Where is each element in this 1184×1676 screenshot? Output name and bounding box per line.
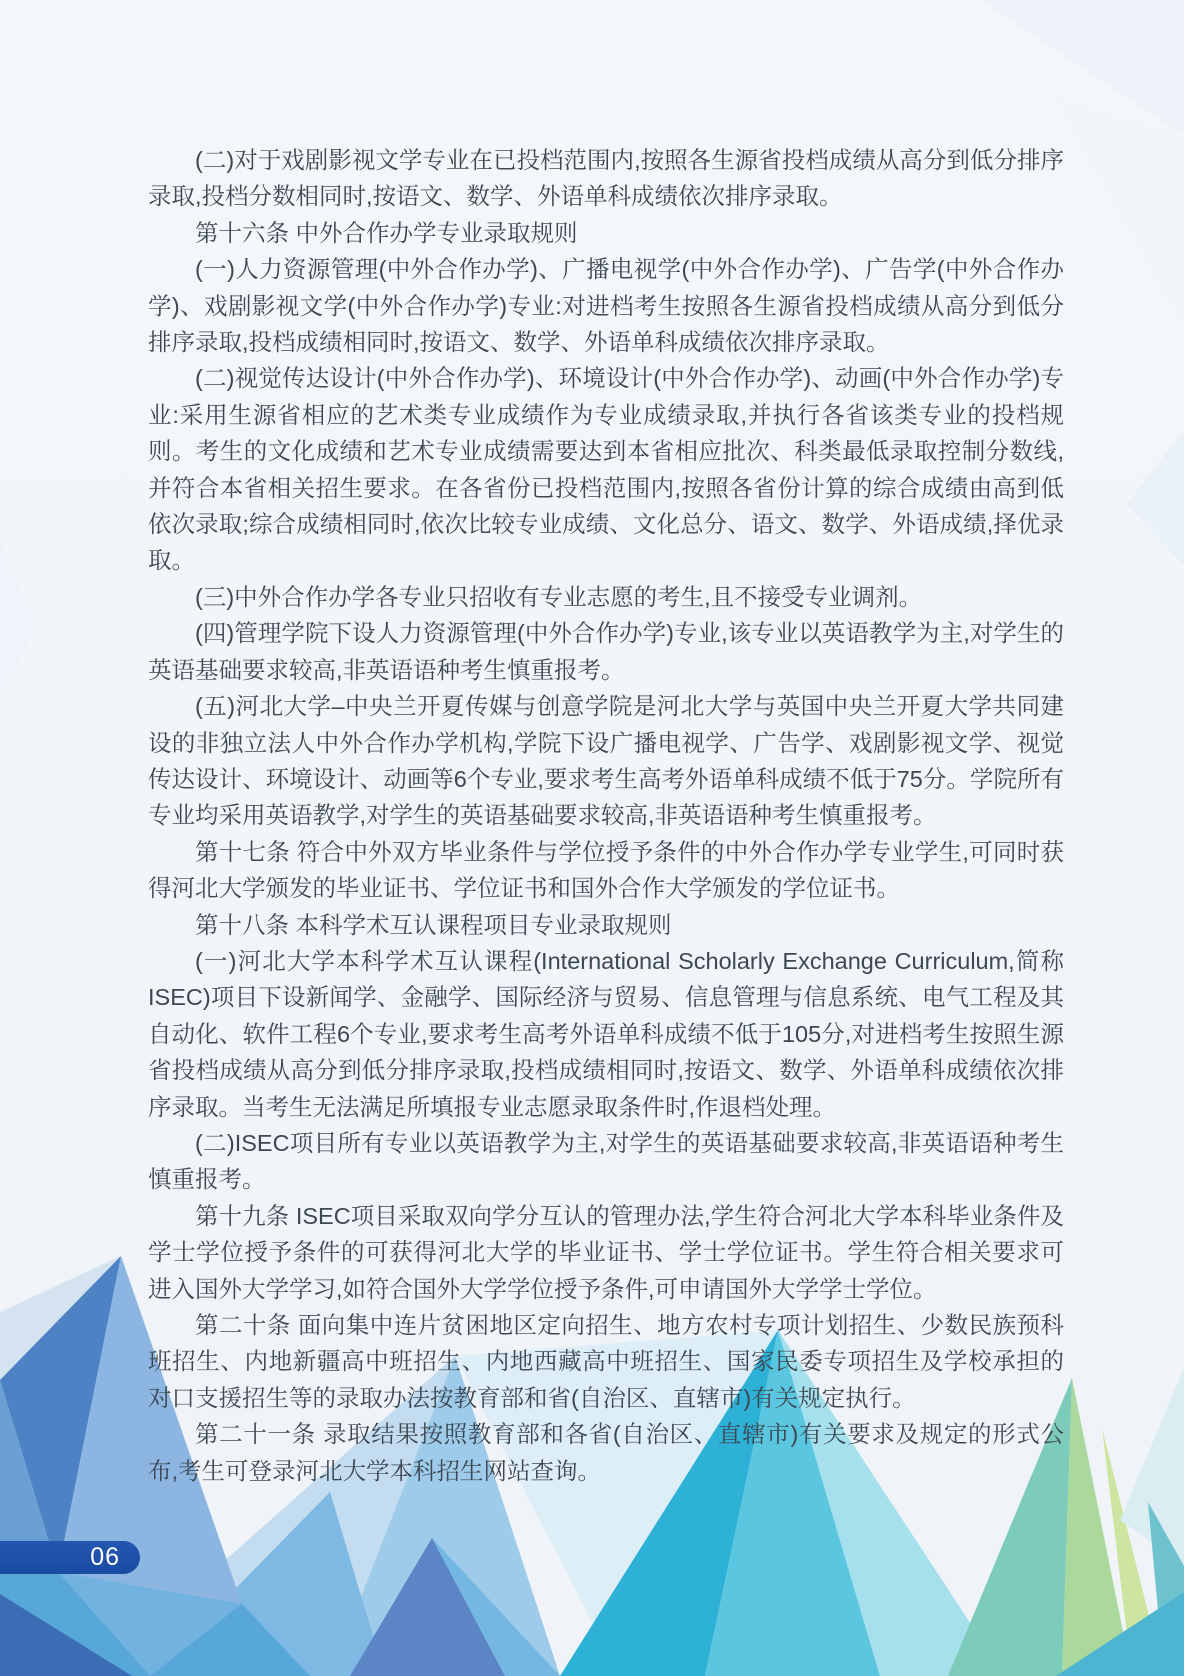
- paragraph: (四)管理学院下设人力资源管理(中外合作办学)专业,该专业以英语教学为主,对学生…: [148, 615, 1064, 688]
- paragraph-article-19: 第十九条 ISEC项目采取双向学分互认的管理办法,学生符合河北大学本科毕业条件及…: [148, 1198, 1064, 1307]
- paragraph-article-17: 第十七条 符合中外双方毕业条件与学位授予条件的中外合作办学专业学生,可同时获得河…: [148, 834, 1064, 907]
- faint-left-triangle: [0, 540, 36, 705]
- paragraph: (一)河北大学本科学术互认课程(International Scholarly …: [148, 943, 1064, 1125]
- paragraph-article-21: 第二十一条 录取结果按照教育部和各省(自治区、直辖市)有关要求及规定的形式公布,…: [148, 1416, 1064, 1489]
- paragraph: (一)人力资源管理(中外合作办学)、广播电视学(中外合作办学)、广告学(中外合作…: [148, 251, 1064, 360]
- paragraph-article-16: 第十六条 中外合作办学专业录取规则: [148, 215, 1064, 251]
- paragraph: (二)ISEC项目所有专业以英语教学为主,对学生的英语基础要求较高,非英语语种考…: [148, 1125, 1064, 1198]
- page-number-badge: 06: [0, 1541, 140, 1574]
- paragraph-article-18: 第十八条 本科学术互认课程项目专业录取规则: [148, 907, 1064, 943]
- paragraph: (五)河北大学–中央兰开夏传媒与创意学院是河北大学与英国中央兰开夏大学共同建设的…: [148, 688, 1064, 834]
- page-number: 06: [90, 1543, 120, 1572]
- faint-right-triangle: [1126, 430, 1184, 565]
- paragraph: (三)中外合作办学各专业只招收有专业志愿的考生,且不接受专业调剂。: [148, 579, 1064, 615]
- paragraph: (二)视觉传达设计(中外合作办学)、环境设计(中外合作办学)、动画(中外合作办学…: [148, 360, 1064, 578]
- paragraph: (二)对于戏剧影视文学专业在已投档范围内,按照各生源省投档成绩从高分到低分排序录…: [148, 142, 1064, 215]
- document-page: (二)对于戏剧影视文学专业在已投档范围内,按照各生源省投档成绩从高分到低分排序录…: [0, 0, 1184, 1676]
- paragraph-article-20: 第二十条 面向集中连片贫困地区定向招生、地方农村专项计划招生、少数民族预科班招生…: [148, 1307, 1064, 1416]
- document-body: (二)对于戏剧影视文学专业在已投档范围内,按照各生源省投档成绩从高分到低分排序录…: [148, 142, 1064, 1489]
- faint-edge-triangle: [1052, 96, 1184, 330]
